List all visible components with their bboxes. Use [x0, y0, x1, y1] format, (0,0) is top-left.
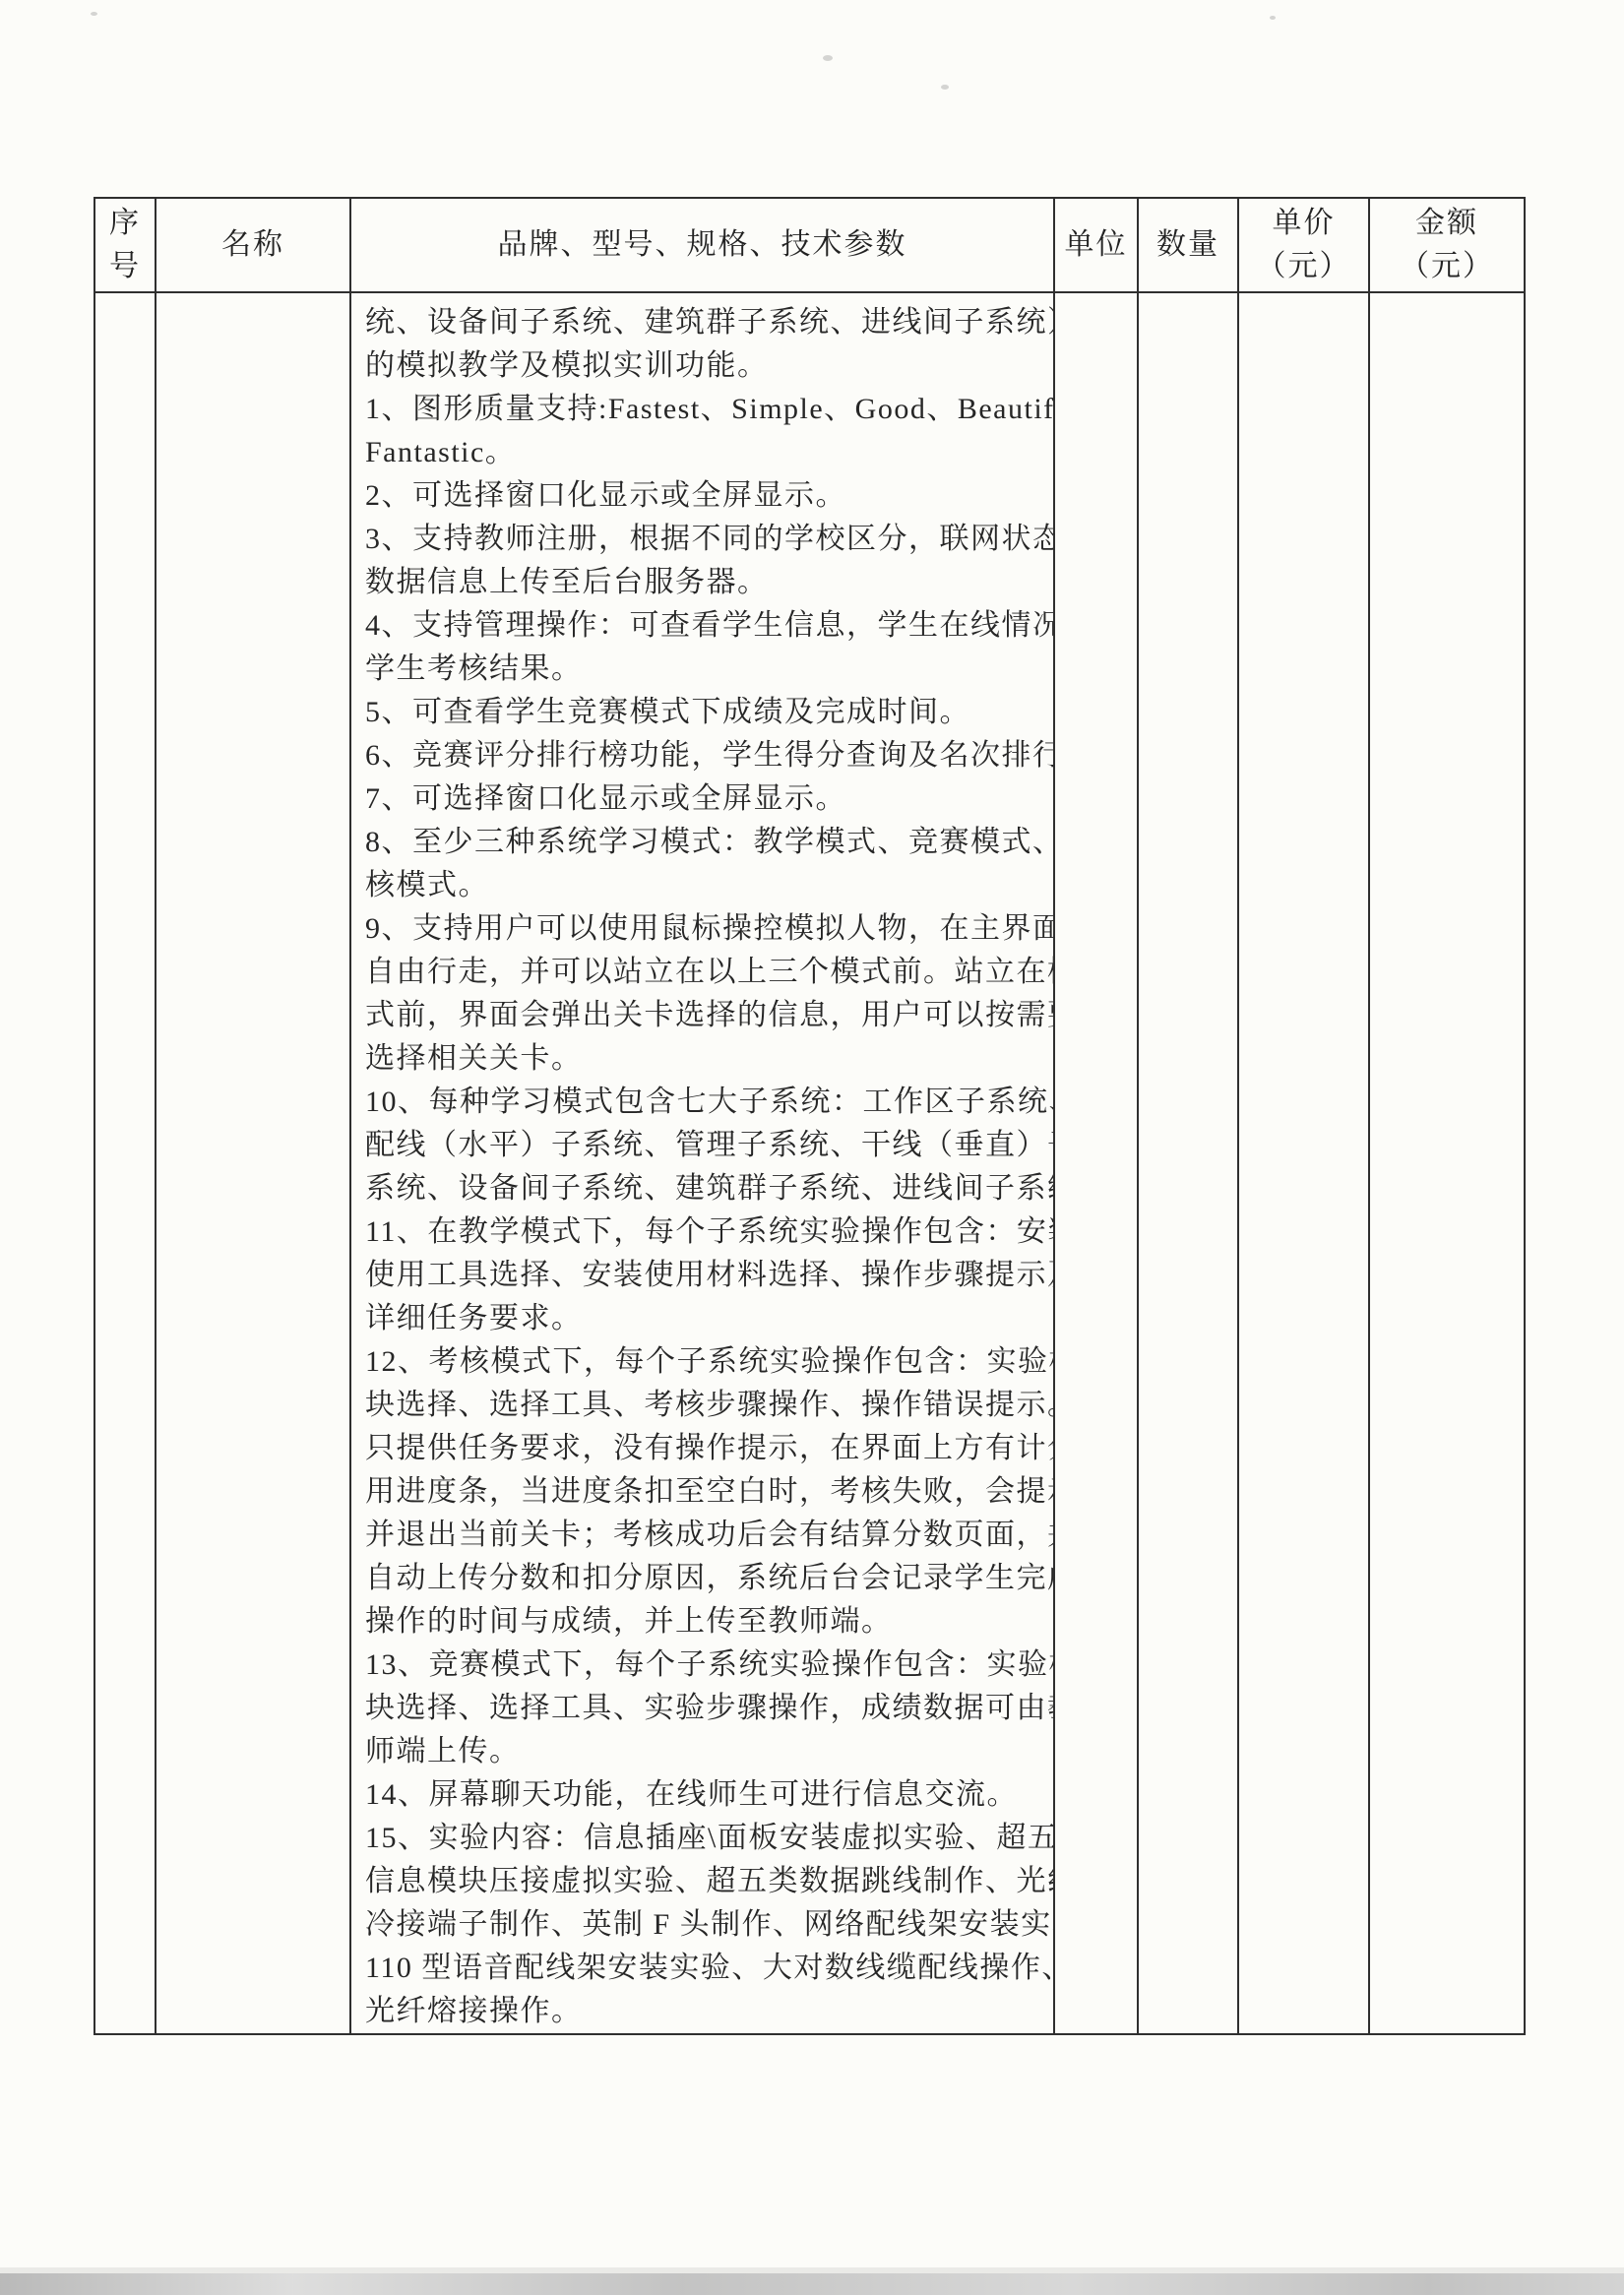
spec-line: 15、实验内容：信息插座\面板安装虚拟实验、超五类 [365, 1817, 1043, 1860]
spec-table: 序 号 名称 品牌、型号、规格、技术参数 单位 数量 单价 （元） 金额 （元） [94, 197, 1526, 2035]
spec-line: 7、可选择窗口化显示或全屏显示。 [365, 777, 1043, 821]
spec-line: 6、竞赛评分排行榜功能，学生得分查询及名次排行。 [365, 734, 1043, 777]
cell-serial-number [95, 293, 156, 2033]
header-quantity: 数量 [1139, 199, 1239, 291]
header-amount-line1: 金额 [1415, 202, 1478, 245]
spec-line: 4、支持管理操作：可查看学生信息，学生在线情况， [365, 604, 1043, 648]
header-unit-price: 单价 （元） [1239, 199, 1370, 291]
spec-line: 用进度条，当进度条扣至空白时，考核失败，会提示 [365, 1470, 1043, 1514]
scan-speck [941, 85, 949, 90]
header-unit-price-line1: 单价 [1273, 202, 1336, 245]
spec-line: 师端上传。 [365, 1730, 1043, 1773]
table-body-row: 统、设备间子系统、建筑群子系统、进线间子系统）的模拟教学及模拟实训功能。1、图形… [95, 293, 1524, 2033]
cell-spec: 统、设备间子系统、建筑群子系统、进线间子系统）的模拟教学及模拟实训功能。1、图形… [351, 293, 1055, 2033]
table-header-row: 序 号 名称 品牌、型号、规格、技术参数 单位 数量 单价 （元） 金额 （元） [95, 199, 1524, 293]
spec-line: 配线（水平）子系统、管理子系统、干线（垂直）子 [365, 1124, 1043, 1167]
header-unit-price-line2: （元） [1257, 245, 1351, 288]
spec-line: 选择相关关卡。 [365, 1037, 1043, 1081]
spec-line: 11、在教学模式下，每个子系统实验操作包含：安装 [365, 1210, 1043, 1254]
scanned-document-page: 序 号 名称 品牌、型号、规格、技术参数 单位 数量 单价 （元） 金额 （元） [0, 0, 1624, 2295]
spec-line: 冷接端子制作、英制 F 头制作、网络配线架安装实验、 [365, 1903, 1043, 1947]
spec-line: 式前，界面会弹出关卡选择的信息，用户可以按需要 [365, 994, 1043, 1037]
spec-line: 的模拟教学及模拟实训功能。 [365, 344, 1043, 388]
spec-line: 只提供任务要求，没有操作提示，在界面上方有计分 [365, 1427, 1043, 1470]
spec-line: 3、支持教师注册，根据不同的学校区分，联网状态下 [365, 518, 1043, 561]
scan-speck [91, 12, 97, 16]
spec-line: 110 型语音配线架安装实验、大对数线缆配线操作、 [365, 1947, 1043, 1990]
spec-line: 10、每种学习模式包含七大子系统：工作区子系统、 [365, 1081, 1043, 1124]
cell-name [156, 293, 351, 2033]
spec-line: 8、至少三种系统学习模式：教学模式、竞赛模式、考 [365, 821, 1043, 864]
cell-quantity [1139, 293, 1239, 2033]
cell-amount [1370, 293, 1524, 2033]
scan-speck [823, 55, 833, 61]
spec-line: 光纤熔接操作。 [365, 1990, 1043, 2033]
spec-line: 数据信息上传至后台服务器。 [365, 561, 1043, 604]
spec-line: 5、可查看学生竞赛模式下成绩及完成时间。 [365, 691, 1043, 734]
header-serial-number: 序 号 [95, 199, 156, 291]
header-spec: 品牌、型号、规格、技术参数 [351, 199, 1055, 291]
spec-line: 系统、设备间子系统、建筑群子系统、进线间子系统。 [365, 1167, 1043, 1210]
header-serial-line1: 序 [109, 202, 141, 245]
spec-line: 1、图形质量支持:Fastest、Simple、Good、Beautiful、 [365, 388, 1043, 431]
spec-line: 12、考核模式下，每个子系统实验操作包含：实验模 [365, 1340, 1043, 1384]
header-unit-label: 单位 [1065, 223, 1128, 267]
spec-line: 操作的时间与成绩，并上传至教师端。 [365, 1600, 1043, 1644]
header-serial-line2: 号 [109, 245, 141, 288]
spec-line: 并退出当前关卡；考核成功后会有结算分数页面，并 [365, 1514, 1043, 1557]
spec-line: 详细任务要求。 [365, 1297, 1043, 1340]
header-quantity-label: 数量 [1156, 223, 1219, 267]
cell-unit-price [1239, 293, 1370, 2033]
spec-line: 13、竞赛模式下，每个子系统实验操作包含：实验模 [365, 1644, 1043, 1687]
spec-line: 14、屏幕聊天功能，在线师生可进行信息交流。 [365, 1773, 1043, 1817]
spec-line: 自由行走，并可以站立在以上三个模式前。站立在模 [365, 951, 1043, 994]
header-name-label: 名称 [221, 223, 284, 267]
spec-line: 统、设备间子系统、建筑群子系统、进线间子系统） [365, 301, 1043, 344]
spec-line: 自动上传分数和扣分原因，系统后台会记录学生完成 [365, 1557, 1043, 1600]
header-spec-label: 品牌、型号、规格、技术参数 [498, 223, 907, 267]
header-amount-line2: （元） [1400, 245, 1494, 288]
header-unit: 单位 [1055, 199, 1139, 291]
spec-line: 核模式。 [365, 864, 1043, 907]
scanner-shadow [0, 2273, 1624, 2295]
cell-unit [1055, 293, 1139, 2033]
spec-line: 块选择、选择工具、实验步骤操作，成绩数据可由教 [365, 1687, 1043, 1730]
spec-line: 9、支持用户可以使用鼠标操控模拟人物，在主界面中 [365, 907, 1043, 951]
header-name: 名称 [156, 199, 351, 291]
scan-speck [1270, 16, 1276, 20]
spec-line: 信息模块压接虚拟实验、超五类数据跳线制作、光纤 [365, 1860, 1043, 1903]
header-amount: 金额 （元） [1370, 199, 1524, 291]
spec-line: 学生考核结果。 [365, 648, 1043, 691]
spec-line: 使用工具选择、安装使用材料选择、操作步骤提示及 [365, 1254, 1043, 1297]
spec-line: 块选择、选择工具、考核步骤操作、操作错误提示。 [365, 1384, 1043, 1427]
spec-line: Fantastic。 [365, 431, 1043, 474]
spec-line: 2、可选择窗口化显示或全屏显示。 [365, 474, 1043, 518]
